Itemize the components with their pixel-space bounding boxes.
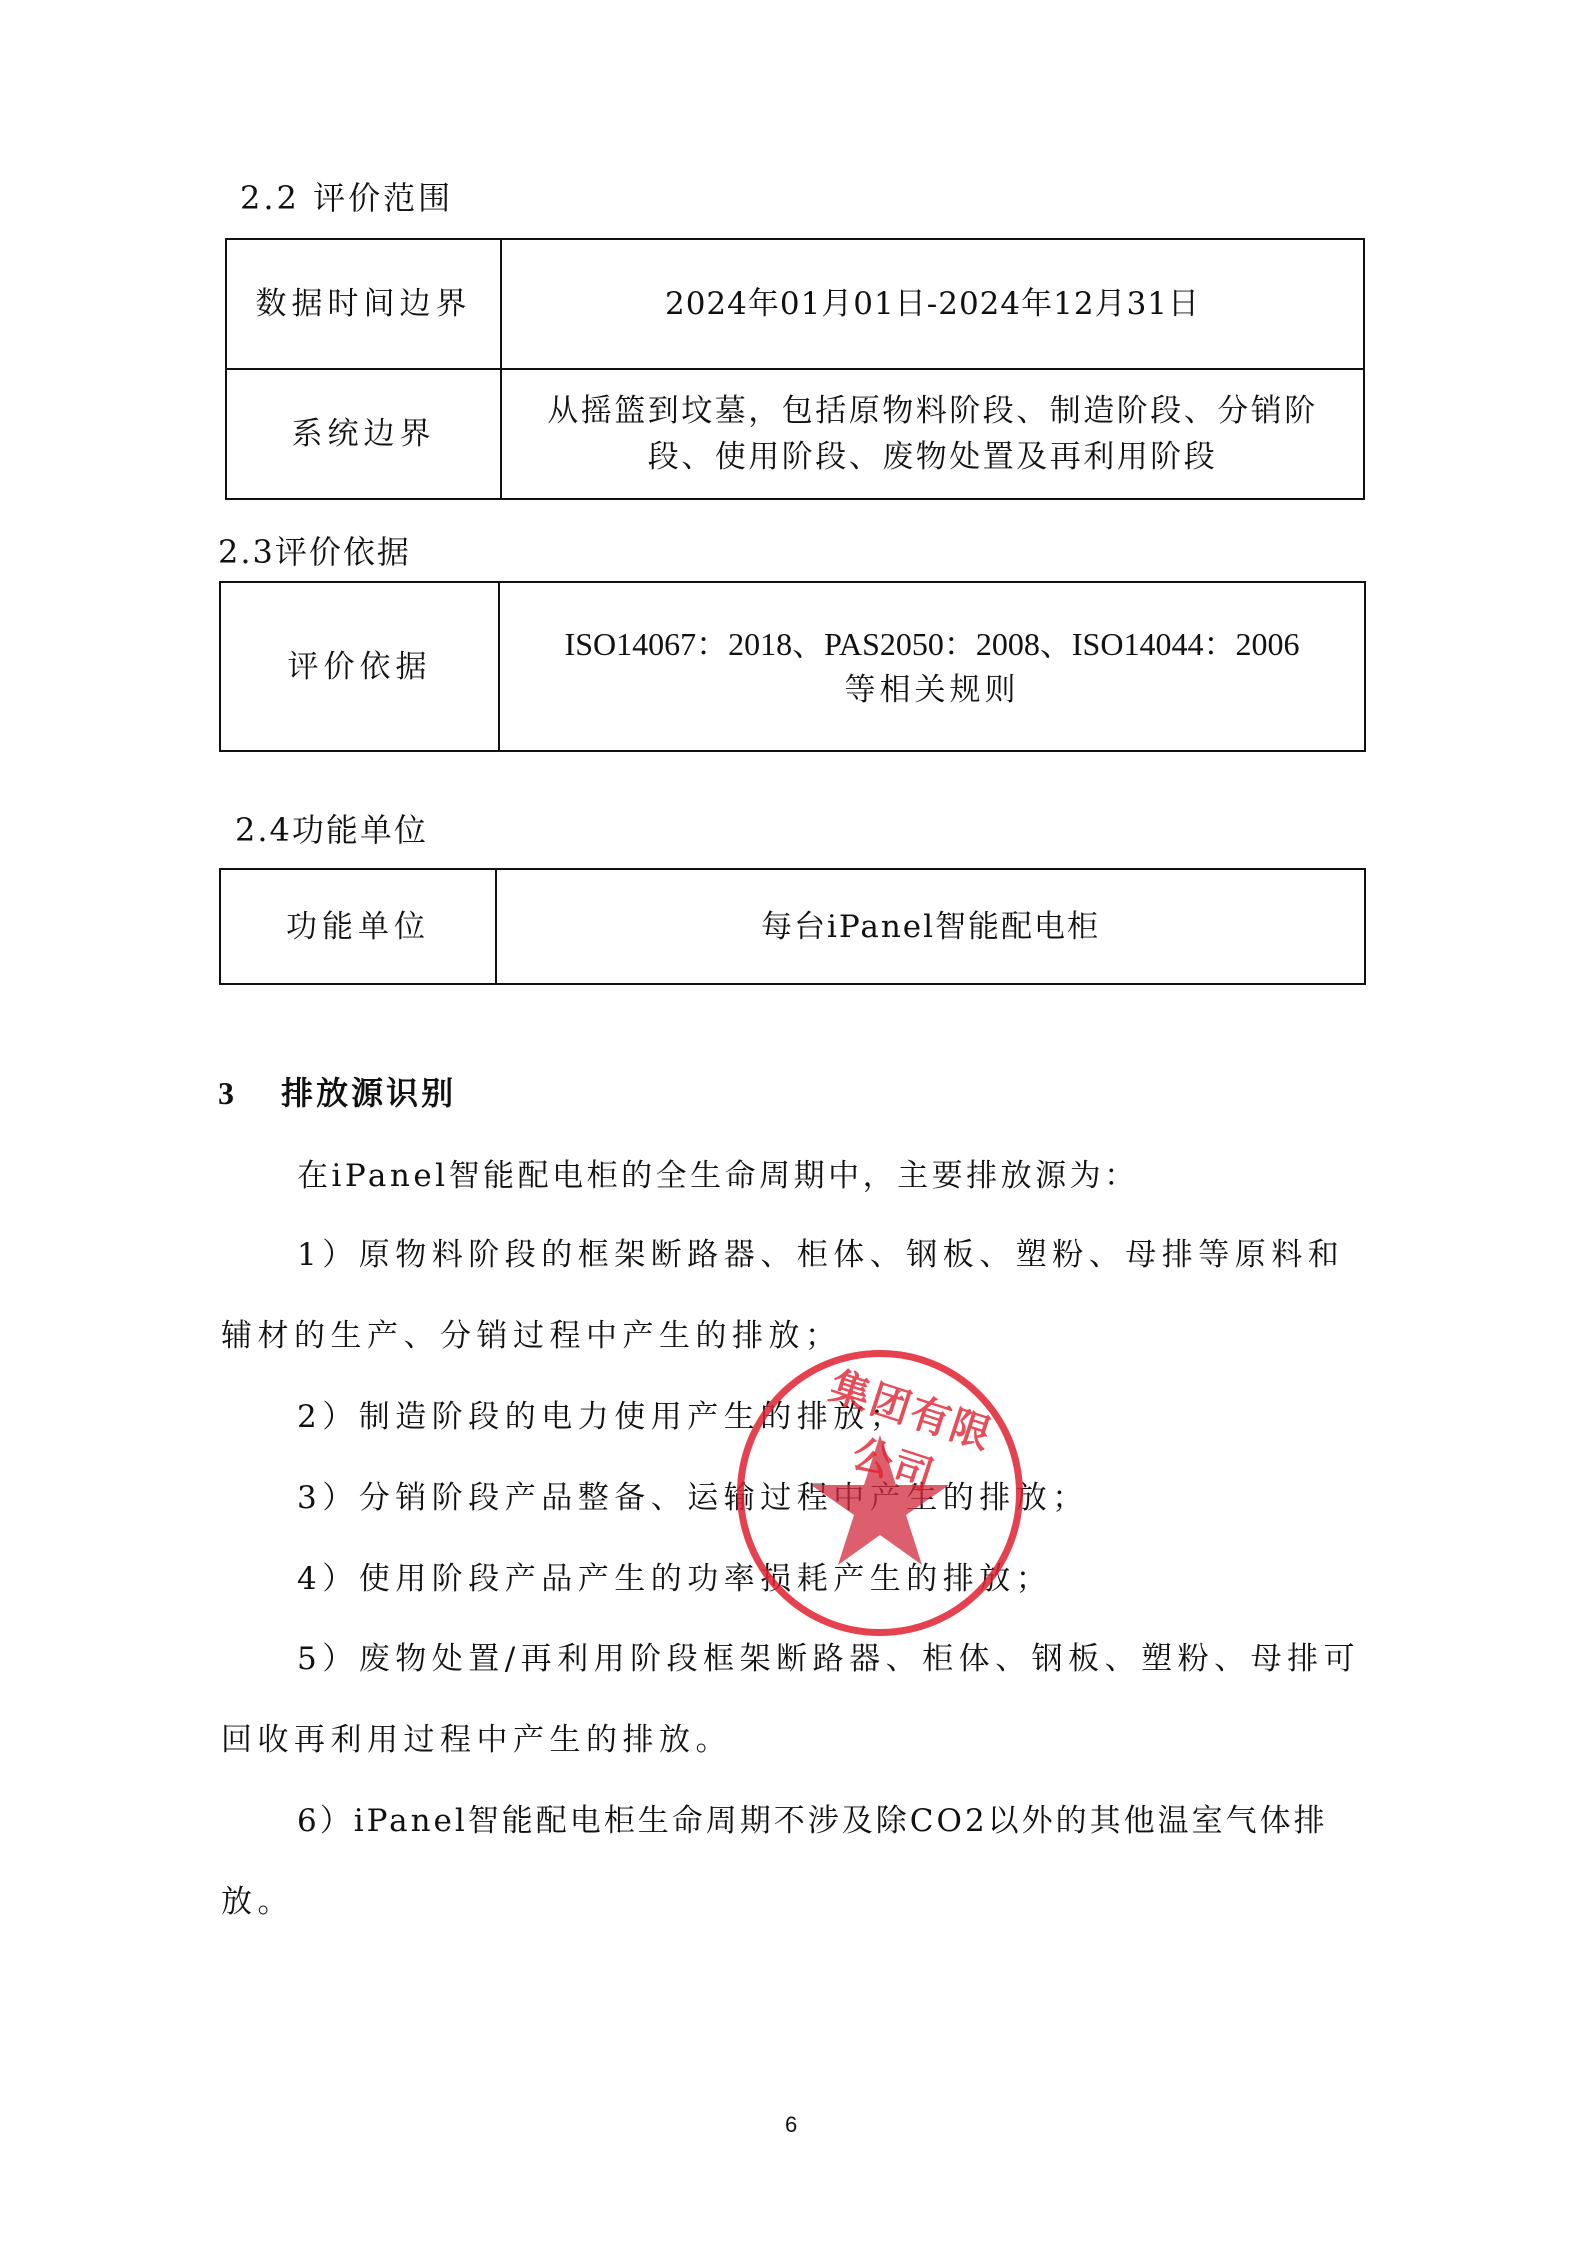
table-row: 系统边界 从摇篮到坟墓，包括原物料阶段、制造阶段、分销阶 段、使用阶段、废物处置… [226, 369, 1364, 499]
section-heading-3: 3 排放源识别 [218, 1073, 456, 1113]
table-row: 功能单位 每台iPanel智能配电柜 [220, 869, 1365, 984]
row-label: 评价依据 [220, 582, 499, 751]
list-item: 5）废物处置/再利用阶段框架断路器、柜体、钢板、塑粉、母排可 [297, 1639, 1360, 1679]
value-line: ISO14067：2018、PAS2050：2008、ISO14044：2006 [500, 621, 1364, 667]
list-item-continuation: 辅材的生产、分销过程中产生的排放； [221, 1316, 842, 1356]
row-value: ISO14067：2018、PAS2050：2008、ISO14044：2006… [499, 582, 1365, 751]
list-item: 4）使用阶段产品产生的功率损耗产生的排放； [297, 1559, 1052, 1599]
scope-table: 数据时间边界 2024年01月01日-2024年12月31日 系统边界 从摇篮到… [225, 238, 1365, 500]
row-label: 功能单位 [220, 869, 496, 984]
list-item: 2）制造阶段的电力使用产生的排放； [297, 1397, 906, 1437]
section-heading-2-3: 2.3评价依据 [218, 532, 411, 572]
intro-paragraph: 在iPanel智能配电柜的全生命周期中，主要排放源为： [297, 1156, 1139, 1196]
list-item: 3）分销阶段产品整备、运输过程中产生的排放； [297, 1478, 1089, 1518]
section-heading-2-4: 2.4功能单位 [235, 810, 428, 850]
functional-unit-table: 功能单位 每台iPanel智能配电柜 [219, 868, 1366, 985]
list-item: 1）原物料阶段的框架断路器、柜体、钢板、塑粉、母排等原料和 [297, 1235, 1344, 1275]
table-row: 数据时间边界 2024年01月01日-2024年12月31日 [226, 239, 1364, 369]
section-title: 排放源识别 [281, 1074, 456, 1112]
page-number: 6 [785, 2112, 797, 2138]
row-value: 从摇篮到坟墓，包括原物料阶段、制造阶段、分销阶 段、使用阶段、废物处置及再利用阶… [501, 369, 1364, 499]
list-item-continuation: 回收再利用过程中产生的排放。 [221, 1720, 732, 1760]
list-item-continuation: 放。 [221, 1882, 294, 1922]
value-line: 段、使用阶段、废物处置及再利用阶段 [502, 434, 1363, 480]
value-line: 从摇篮到坟墓，包括原物料阶段、制造阶段、分销阶 [502, 388, 1363, 434]
value-line: 等相关规则 [500, 667, 1364, 713]
section-heading-2-2: 2.2 评价范围 [240, 178, 453, 218]
row-label: 系统边界 [226, 369, 501, 499]
section-number: 3 [218, 1075, 237, 1111]
row-label: 数据时间边界 [226, 239, 501, 369]
basis-table: 评价依据 ISO14067：2018、PAS2050：2008、ISO14044… [219, 581, 1366, 752]
list-item: 6）iPanel智能配电柜生命周期不涉及除CO2以外的其他温室气体排 [297, 1801, 1328, 1841]
table-row: 评价依据 ISO14067：2018、PAS2050：2008、ISO14044… [220, 582, 1365, 751]
row-value: 2024年01月01日-2024年12月31日 [501, 239, 1364, 369]
row-value: 每台iPanel智能配电柜 [496, 869, 1365, 984]
